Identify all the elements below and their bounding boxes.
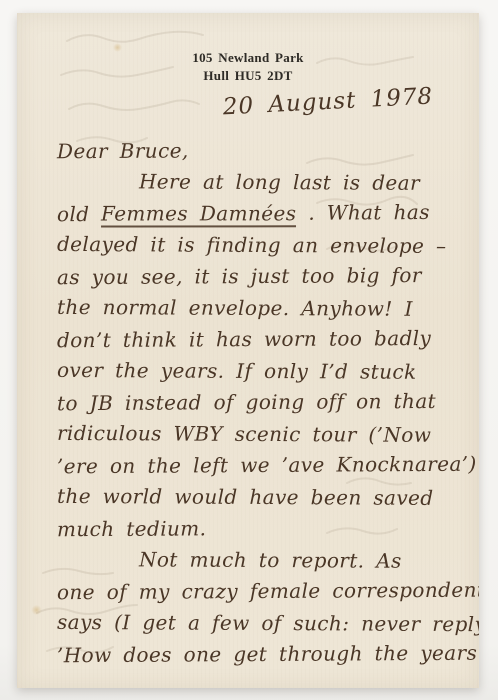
printed-letterhead: 105 Newland Park Hull HU5 2DT xyxy=(17,13,479,85)
body-line: old Femmes Damnées . What has xyxy=(57,197,467,231)
body-line: delayed it is finding an envelope – xyxy=(57,228,467,262)
body-line: says (I get a few of such: never reply) xyxy=(57,606,467,640)
body-text: as you see, it is just too big for xyxy=(57,263,422,289)
body-line: much tedium. xyxy=(57,512,467,546)
letter-body: Dear Bruce, Here at long last is dear ol… xyxy=(17,135,479,671)
body-text: delayed it is finding an envelope – xyxy=(57,231,447,257)
body-text: to JB instead of going off on that xyxy=(57,389,436,415)
body-line: Here at long last is dear xyxy=(57,165,467,199)
body-text: much tedium. xyxy=(57,516,207,541)
body-line: ’How does one get through the years xyxy=(57,638,467,672)
body-text: says (I get a few of such: never reply) xyxy=(57,609,479,635)
foxing-spot xyxy=(113,43,122,52)
salutation: Dear Bruce, xyxy=(57,134,467,168)
body-text: Not much to report. As xyxy=(139,547,402,572)
body-line: ’ere on the left we ’ave Knocknarea’) xyxy=(57,449,467,483)
underlined-poem-title: Femmes Damnées xyxy=(101,203,296,227)
letter-page: 105 Newland Park Hull HU5 2DT 20 August … xyxy=(17,13,479,688)
letterhead-address-line-1: 105 Newland Park xyxy=(17,49,479,67)
body-line: as you see, it is just too big for xyxy=(57,260,467,294)
body-text: old xyxy=(57,202,101,226)
body-text: one of my crazy female correspondents xyxy=(57,578,479,605)
handwritten-date: 20 August 1978 xyxy=(17,81,479,131)
body-line: ridiculous WBY scenic tour (’Now xyxy=(57,417,467,451)
body-text: the normal envelope. Anyhow! I xyxy=(57,294,413,320)
foxing-spot xyxy=(31,605,42,615)
body-line: one of my crazy female correspondents xyxy=(57,575,467,609)
body-line: over the years. If only I’d stuck xyxy=(57,354,467,388)
body-line: the world would have been saved xyxy=(57,480,467,514)
body-text: ’How does one get through the years xyxy=(57,641,477,668)
body-text: over the years. If only I’d stuck xyxy=(57,357,417,383)
body-line: don’t think it has worn too badly xyxy=(57,323,467,357)
body-line: to JB instead of going off on that xyxy=(57,386,467,420)
body-text: the world would have been saved xyxy=(57,483,434,509)
letterhead-address-line-2: Hull HU5 2DT xyxy=(17,67,479,85)
body-text: . What has xyxy=(296,200,429,225)
body-text: ridiculous WBY scenic tour (’Now xyxy=(57,420,431,446)
body-text: ’ere on the left we ’ave Knocknarea’) xyxy=(57,452,477,479)
body-line: the normal envelope. Anyhow! I xyxy=(57,291,467,325)
body-line: Not much to report. As xyxy=(57,543,467,577)
body-text: don’t think it has worn too badly xyxy=(57,326,431,352)
body-text: Here at long last is dear xyxy=(139,169,420,194)
